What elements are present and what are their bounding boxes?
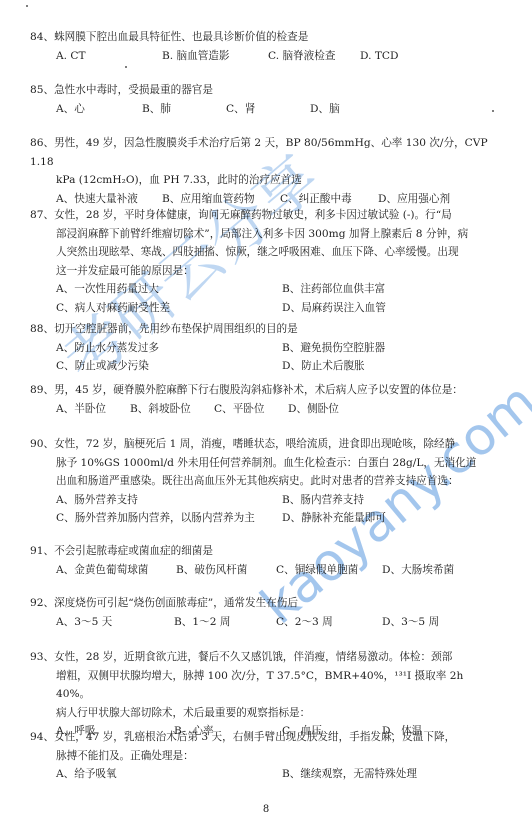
question-stem-continued: kPa (12cmH₂O)，血 PH 7.33，此时的治疗应首选 (30, 171, 490, 190)
question-stem: 85、急性水中毒时，受损最重的器官是 (30, 81, 490, 100)
option-b: B. 脑血管造影 (162, 47, 230, 66)
question-stem-continued: 部浸润麻醉下前臂纤维瘤切除术”，局部注入利多卡因 300mg 加肾上腺素后 8 … (30, 225, 490, 244)
option-d: D. TCD (360, 47, 399, 66)
question-options: A. CT B. 脑血管造影 C. 脑脊液检查 D. TCD (30, 47, 490, 66)
option-a: A、肠外营养支持 (56, 491, 138, 510)
question-93: 93、女性，28 岁，近期食欲亢进，餐后不久又感饥饿，伴消瘦，情绪易激动。体检：… (30, 648, 490, 741)
question-stem: 90、女性，72 岁，脑梗死后 1 周，消瘦，嗜睡状态，喂给流质，进食即出现呛咳… (30, 435, 490, 454)
question-stem: 86、男性，49 岁，因急性腹膜炎手术治疗后第 2 天，BP 80/56mmHg… (30, 134, 490, 171)
question-89: 89、男，45 岁，硬脊膜外腔麻醉下行右腹股沟斜疝修补术，术后病人应予以安置的体… (30, 381, 490, 418)
option-d: D、防止术后腹胀 (282, 357, 365, 376)
question-stem: 89、男，45 岁，硬脊膜外腔麻醉下行右腹股沟斜疝修补术，术后病人应予以安置的体… (30, 381, 490, 400)
option-b: B、继续观察，无需特殊处理 (282, 765, 417, 784)
question-85: 85、急性水中毒时，受损最重的器官是 A、心 B、肺 C、肾 D、脑 (30, 81, 490, 118)
question-stem-continued: 脉予 10%GS 1000ml/d 外未用任何营养制剂。血生化检查示：白蛋白 2… (30, 454, 490, 473)
option-c: C、平卧位 (214, 400, 264, 419)
option-a: A、半卧位 (56, 400, 106, 419)
option-c: C、铜绿假单胞菌 (276, 561, 358, 580)
question-88: 88、切开空腔脏器前，先用纱布垫保护周围组织的目的是 A、防止水分蒸发过多 B、… (30, 320, 490, 376)
question-stem-continued: 增粗，双侧甲状腺均增大，脉搏 100 次/分，T 37.5°C，BMR+40%，… (30, 667, 490, 704)
option-a: A、3～5 天 (56, 613, 112, 632)
question-stem: 91、不会引起脓毒症或菌血症的细菌是 (30, 542, 490, 561)
option-b: B、斜坡卧位 (130, 400, 191, 419)
question-stem-continued: 这一并发症最可能的原因是： (30, 262, 490, 281)
option-c: C、病人对麻药耐受性差 (56, 299, 170, 318)
option-a: A、给予吸氧 (56, 765, 117, 784)
question-options: A、肠外营养支持 B、肠内营养支持 (30, 491, 490, 510)
option-d: D、脑 (310, 100, 340, 119)
scan-speck (26, 5, 28, 7)
question-94: 94、女性，47 岁，乳癌根治术后第 3 天，右侧手臂出现皮肤发绀，手指发麻，皮… (30, 728, 490, 784)
question-options: C、病人对麻药耐受性差 D、局麻药误注入血管 (30, 299, 490, 318)
question-options: C、肠外营养加肠内营养，以肠内营养为主 D、静脉补充能量即可 (30, 509, 490, 528)
option-b: B、注药部位血供丰富 (282, 280, 385, 299)
option-b: B、肺 (142, 100, 171, 119)
option-d: D、3～5 周 (382, 613, 439, 632)
question-options: C、防止或减少污染 D、防止术后腹胀 (30, 357, 490, 376)
option-d: D、局麻药误注入血管 (282, 299, 386, 318)
question-stem: 94、女性，47 岁，乳癌根治术后第 3 天，右侧手臂出现皮肤发绀，手指发麻，皮… (30, 728, 490, 747)
option-c: C、防止或减少污染 (56, 357, 149, 376)
question-options: A、心 B、肺 C、肾 D、脑 (30, 100, 490, 119)
option-b: B、肠内营养支持 (282, 491, 364, 510)
scan-speck (492, 110, 494, 112)
question-stem-continued: 出血和肠道严重感染。既往出高血压外无其他疾病史。此时对患者的营养支持应首选： (30, 472, 490, 491)
question-84: 84、蛛网膜下腔出血最具特征性、也最具诊断价值的检查是 A. CT B. 脑血管… (30, 28, 490, 65)
option-d: D、静脉补充能量即可 (282, 509, 386, 528)
question-86: 86、男性，49 岁，因急性腹膜炎手术治疗后第 2 天，BP 80/56mmHg… (30, 134, 490, 208)
question-90: 90、女性，72 岁，脑梗死后 1 周，消瘦，嗜睡状态，喂给流质，进食即出现呛咳… (30, 435, 490, 528)
question-92: 92、深度烧伤可引起“烧伤创面脓毒症”，通常发生在伤后 A、3～5 天 B、1～… (30, 594, 490, 631)
question-stem-continued: 病人行甲状腺大部切除术，术后最重要的观察指标是： (30, 704, 490, 723)
option-b: B、1～2 周 (174, 613, 230, 632)
question-stem: 92、深度烧伤可引起“烧伤创面脓毒症”，通常发生在伤后 (30, 594, 490, 613)
option-d: D、大肠埃希菌 (382, 561, 454, 580)
option-c: C、2～3 周 (276, 613, 333, 632)
option-a: A、防止水分蒸发过多 (56, 339, 159, 358)
question-options: A、3～5 天 B、1～2 周 C、2～3 周 D、3～5 周 (30, 613, 490, 632)
question-stem: 88、切开空腔脏器前，先用纱布垫保护周围组织的目的是 (30, 320, 490, 339)
option-a: A、一次性用药量过大 (56, 280, 159, 299)
option-d: D、侧卧位 (288, 400, 339, 419)
option-b: B、破伤风杆菌 (176, 561, 247, 580)
question-stem-continued: 脉搏不能扪及。正确处理是： (30, 747, 490, 766)
option-a: A. CT (56, 47, 86, 66)
option-c: C、肠外营养加肠内营养，以肠内营养为主 (56, 509, 255, 528)
question-stem: 84、蛛网膜下腔出血最具特征性、也最具诊断价值的检查是 (30, 28, 490, 47)
question-options: A、给予吸氧 B、继续观察，无需特殊处理 (30, 765, 490, 784)
question-91: 91、不会引起脓毒症或菌血症的细菌是 A、金黄色葡萄球菌 B、破伤风杆菌 C、铜… (30, 542, 490, 579)
question-stem: 87、女性，28 岁，平时身体健康，询问无麻醉药物过敏史，利多卡因过敏试验 (-… (30, 206, 490, 225)
question-options: A、金黄色葡萄球菌 B、破伤风杆菌 C、铜绿假单胞菌 D、大肠埃希菌 (30, 561, 490, 580)
question-options: A、防止水分蒸发过多 B、避免损伤空腔脏器 (30, 339, 490, 358)
option-a: A、心 (56, 100, 85, 119)
question-stem: 93、女性，28 岁，近期食欲亢进，餐后不久又感饥饿，伴消瘦，情绪易激动。体检：… (30, 648, 490, 667)
question-options: A、半卧位 B、斜坡卧位 C、平卧位 D、侧卧位 (30, 400, 490, 419)
question-stem-continued: 人突然出现眩晕、寒战、四肢抽搐、惊厥，继之呼吸困难、血压下降、心率缓慢。出现 (30, 243, 490, 262)
exam-page: 考研云分享 kaoyany.com 84、蛛网膜下腔出血最具特征性、也最具诊断价… (0, 0, 532, 834)
option-c: C. 脑脊液检查 (268, 47, 335, 66)
option-a: A、金黄色葡萄球菌 (56, 561, 148, 580)
option-b: B、避免损伤空腔脏器 (282, 339, 385, 358)
option-c: C、肾 (226, 100, 255, 119)
page-number: 8 (0, 804, 532, 815)
scan-speck (125, 66, 127, 68)
question-options: A、一次性用药量过大 B、注药部位血供丰富 (30, 280, 490, 299)
question-87: 87、女性，28 岁，平时身体健康，询问无麻醉药物过敏史，利多卡因过敏试验 (-… (30, 206, 490, 317)
